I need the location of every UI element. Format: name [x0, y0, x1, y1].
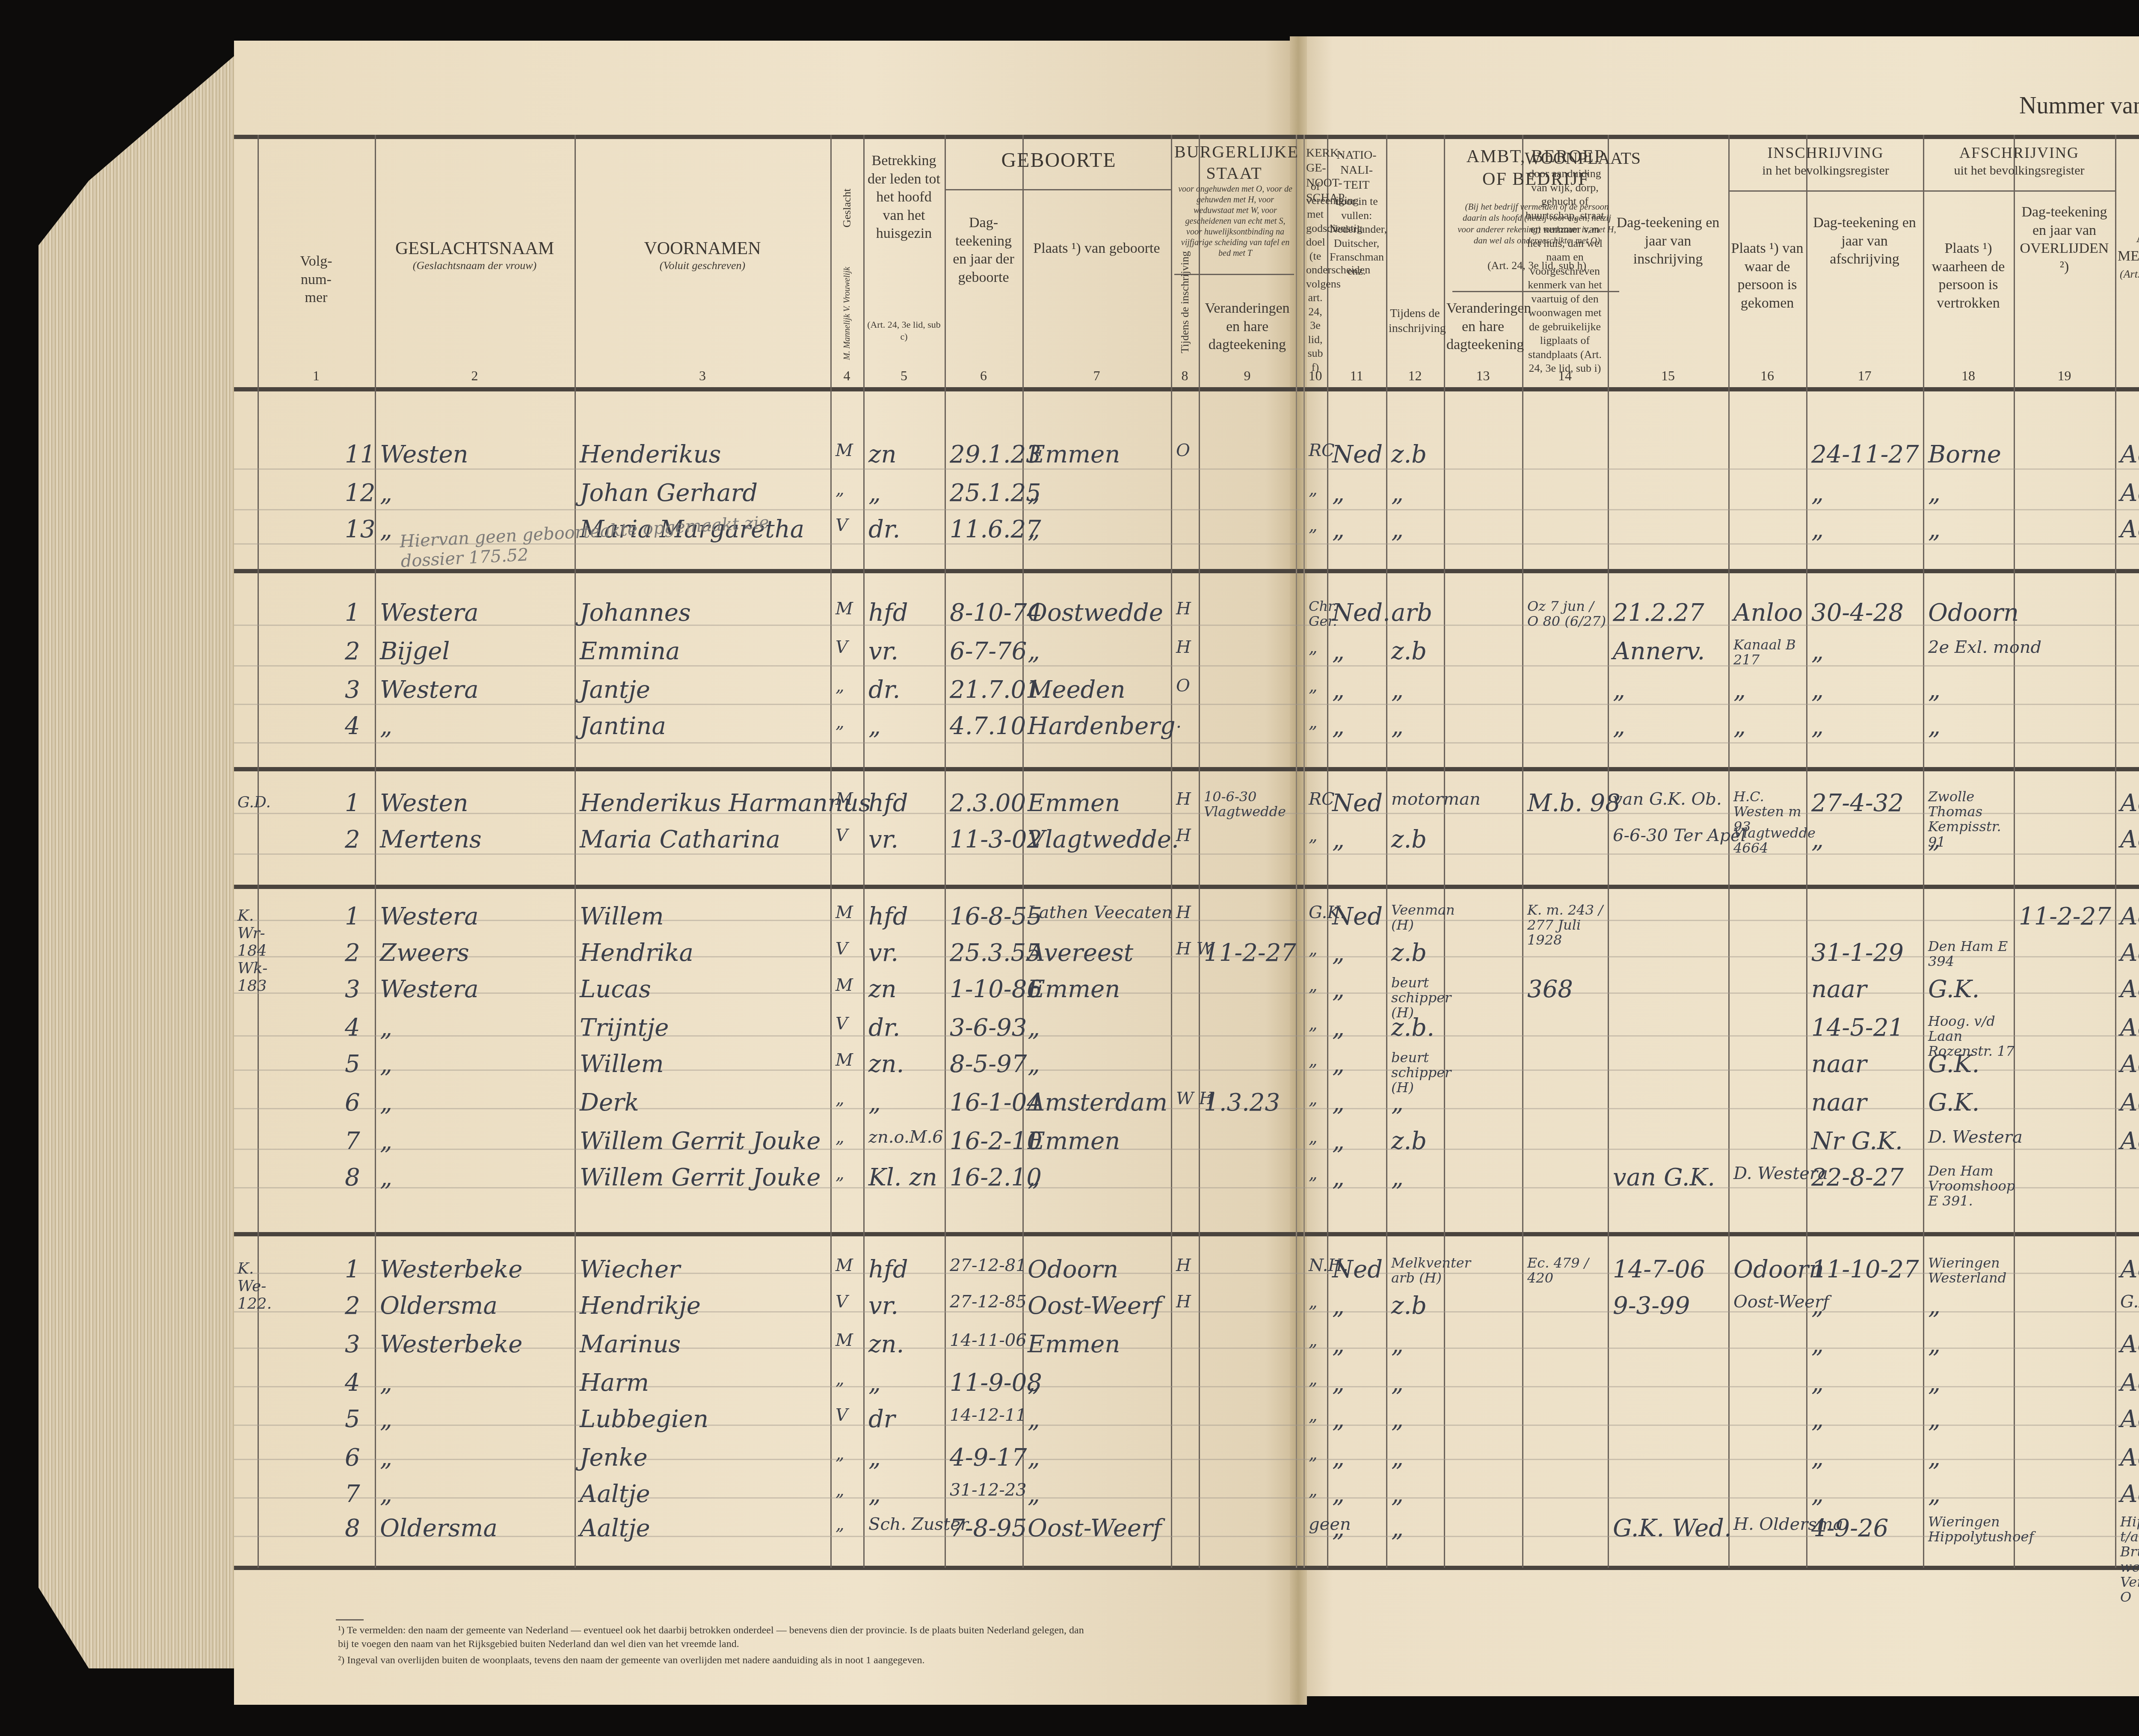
- cell-job: „: [1391, 479, 1404, 507]
- cell-surname: „: [380, 1405, 392, 1433]
- cell-job: „: [1391, 1405, 1404, 1433]
- cell-job: Melkventer arb (H): [1391, 1256, 1445, 1286]
- cell-out-date: „: [1811, 1330, 1824, 1358]
- cell-place: Oost-Weerf: [1028, 1292, 1162, 1320]
- column-rule: [863, 135, 865, 1568]
- cell-sex: „: [835, 1514, 844, 1534]
- inschrijving-sub: in het bevolkingsregister: [1728, 163, 1923, 179]
- cell-nr: 12: [345, 479, 375, 507]
- cell-note: Acc.: [2120, 826, 2139, 853]
- cell-rel: zn.o.M.6: [868, 1127, 943, 1147]
- cell-nat: „: [1332, 1514, 1345, 1542]
- cell-sex: „: [835, 479, 844, 499]
- cell-out-to: „: [1928, 826, 1941, 853]
- afschrijving-sub: uit het bevolkingsregister: [1923, 163, 2115, 179]
- cell-sex: M: [835, 441, 853, 460]
- cell-church: „: [1309, 1292, 1318, 1312]
- ambt-divider: [1452, 291, 1619, 292]
- cell-place: „: [1028, 1405, 1040, 1433]
- cell-given: Jantina: [580, 712, 666, 740]
- cell-church: „: [1309, 939, 1318, 959]
- column-header-subtitle: door in te vullen: Nederlander, Duitsche…: [1330, 195, 1384, 278]
- section-rule-3: [234, 885, 2139, 889]
- cell-sex: V: [835, 1014, 848, 1034]
- cell-place: Emmen: [1028, 975, 1120, 1003]
- footnote-1: ¹) Te vermelden: den naam der gemeente v…: [338, 1623, 1087, 1651]
- cell-note: Acc.: [2120, 1014, 2139, 1042]
- cell-given: Marinus: [580, 1330, 681, 1358]
- cell-born: 14-12-11: [950, 1405, 1027, 1425]
- cell-died: 11-2-27: [2019, 903, 2111, 930]
- cell-rel: vr.: [868, 1292, 898, 1320]
- cell-note: Acc.: [2120, 1127, 2139, 1155]
- cell-nat: „: [1332, 1405, 1345, 1433]
- column-number: 7: [1022, 367, 1171, 384]
- cell-sex: „: [835, 1369, 844, 1389]
- cell-out-date: Nr G.K.: [1811, 1127, 1903, 1155]
- column-number: 18: [1923, 367, 2014, 384]
- cell-given: Johannes: [580, 599, 691, 627]
- column-header-title: Dag-teekening en jaar van inschrijving: [1610, 214, 1726, 269]
- cell-out-to: G.K.: [1928, 1089, 1979, 1117]
- cell-job: „: [1391, 1480, 1404, 1508]
- cell-surname: Bijgel: [380, 637, 450, 665]
- cell-given: Jenke: [580, 1444, 648, 1472]
- cell-out-date: „: [1811, 479, 1824, 507]
- household-margin-note: K. We-122.: [237, 1260, 280, 1312]
- cell-out-date: 30-4-28: [1811, 599, 1904, 627]
- cell-job: „: [1391, 1330, 1404, 1358]
- cell-given: Harm: [580, 1369, 649, 1397]
- cell-place: „: [1028, 1164, 1040, 1191]
- cell-out-date: naar: [1811, 1050, 1867, 1078]
- cell-sex: „: [835, 712, 844, 732]
- column-header-subtitle: (Voluit geschreven): [577, 259, 828, 273]
- cell-place: Amsterdam: [1028, 1089, 1167, 1117]
- cell-surname: „: [380, 1050, 392, 1078]
- cell-surname: „: [380, 1127, 392, 1155]
- cell-note: Acc.: [2120, 1330, 2139, 1358]
- cell-nr: 3: [345, 676, 360, 704]
- cell-church: „: [1309, 515, 1318, 535]
- cell-nr: 2: [345, 1292, 360, 1320]
- cell-given: Wiecher: [580, 1256, 680, 1283]
- cell-nat: „: [1332, 515, 1345, 543]
- cell-rel: Kl. zn: [868, 1164, 937, 1191]
- sheet-number-label: Nummer van het blad: [2019, 92, 2139, 119]
- cell-surname: „: [380, 712, 392, 740]
- cell-place: Emmen: [1028, 1330, 1120, 1358]
- cell-place: Meeden: [1028, 676, 1126, 704]
- cell-note: Acc.: [2120, 939, 2139, 967]
- cell-in-from: Vlagtwedde 4664: [1733, 826, 1807, 856]
- cell-nr: 1: [345, 599, 360, 627]
- cell-place: „: [1028, 515, 1040, 543]
- column-rule: [1608, 135, 1609, 1568]
- cell-rel: hfd: [868, 599, 908, 627]
- cell-out-to: G.K.: [1928, 975, 1979, 1003]
- cell-given: Hendrikje: [580, 1292, 701, 1320]
- column-header-title: Dag-teekening en jaar van OVERLIJDEN ²): [2016, 203, 2112, 276]
- cell-born: 27-12-81: [950, 1256, 1027, 1275]
- cell-surname: „: [380, 479, 392, 507]
- cell-rel: dr.: [868, 515, 900, 543]
- cell-sex: M: [835, 1050, 853, 1070]
- cell-born: 7-8-95: [950, 1514, 1027, 1542]
- cell-address: K. m. 243 / 277 Juli 1928: [1527, 903, 1609, 948]
- cell-surname: „: [380, 1014, 392, 1042]
- cell-nr: 1: [345, 903, 360, 930]
- column-number: 1: [258, 367, 375, 384]
- cell-in-date: van G.K. Ob.: [1613, 789, 1722, 809]
- cell-surname: Westen: [380, 441, 468, 468]
- cell-note: Acc.: [2120, 903, 2139, 930]
- cell-surname: Westera: [380, 676, 479, 704]
- cell-surname: „: [380, 1369, 392, 1397]
- cell-rel: zn: [868, 975, 897, 1003]
- cell-sex: M: [835, 599, 853, 619]
- column-header-title: Volg- num- mer: [260, 252, 372, 307]
- cell-out-to: „: [1928, 479, 1941, 507]
- cell-out-date: „: [1811, 1480, 1824, 1508]
- cell-given: Derk: [580, 1089, 639, 1117]
- column-header-title: Tijdens de inschrijving: [1389, 306, 1441, 336]
- cell-job: „: [1391, 1514, 1404, 1542]
- cell-place: „: [1028, 1050, 1040, 1078]
- cell-church: „: [1309, 637, 1318, 657]
- column-header-title: Plaats ¹) waarheen de persoon is vertrok…: [1926, 240, 2011, 312]
- column-number: 3: [575, 367, 830, 384]
- cell-out-date: „: [1811, 676, 1824, 704]
- cell-surname: Westera: [380, 599, 479, 627]
- cell-nat: „: [1332, 1127, 1345, 1155]
- cell-church: Chr. Ger.: [1309, 599, 1328, 629]
- cell-surname: Oldersma: [380, 1292, 498, 1320]
- cell-in-date: 21.2.27: [1613, 599, 1704, 627]
- cell-out-date: 4-9-26: [1811, 1514, 1888, 1542]
- row-ruling: [234, 1425, 2139, 1426]
- cell-church: „: [1309, 712, 1318, 732]
- column-header-subtitle: of vereeniging met godsdienstig doel (te…: [1306, 180, 1324, 374]
- cell-rel: „: [868, 1444, 881, 1472]
- cell-job: „: [1391, 515, 1404, 543]
- cell-in-from: „: [1733, 712, 1746, 740]
- column-number: 11: [1327, 367, 1386, 384]
- column-rule: [1923, 135, 1924, 1568]
- cell-sex: V: [835, 1292, 848, 1312]
- cell-sex: V: [835, 826, 848, 845]
- cell-sex: V: [835, 515, 848, 535]
- column-header-subtitle: (Art. 24, 3e lid, sub c): [866, 319, 942, 342]
- row-ruling: [234, 1386, 2139, 1387]
- cell-rel: „: [868, 1369, 881, 1397]
- cell-rel: „: [868, 1089, 881, 1117]
- household-margin-note: K. Wr-184 Wk-183: [237, 907, 280, 995]
- cell-note: G.K. Acc: [2120, 1292, 2139, 1312]
- cell-nr: 11: [345, 441, 375, 468]
- cell-given: Henderikus: [580, 441, 721, 468]
- cell-given: Aaltje: [580, 1480, 650, 1508]
- cell-nat: „: [1332, 479, 1345, 507]
- cell-sex: V: [835, 939, 848, 959]
- cell-nat: „: [1332, 1050, 1345, 1078]
- cell-job: z.b: [1391, 637, 1427, 665]
- cell-rel: vr.: [868, 637, 898, 665]
- cell-job: „: [1391, 1444, 1404, 1472]
- cell-church: „: [1309, 975, 1318, 995]
- group-header-inschrijving: INSCHRIJVING: [1728, 143, 1923, 163]
- column-rule: [1304, 135, 1305, 1568]
- cell-in-from: „: [1733, 676, 1746, 704]
- cell-out-date: „: [1811, 515, 1824, 543]
- column-rule: [575, 135, 576, 1568]
- cell-given: Maria Catharina: [580, 826, 780, 853]
- column-header-title: Dag-teekening en jaar der geboorte: [947, 214, 1020, 287]
- column-number: 2: [375, 367, 575, 384]
- row-ruling: [234, 704, 2139, 705]
- row-ruling: [234, 853, 2139, 855]
- column-number: 12: [1386, 367, 1444, 384]
- cell-place: Avereest: [1028, 939, 1133, 967]
- cell-in-from: Anloo: [1733, 599, 1803, 627]
- cell-nat: Ned.: [1332, 599, 1390, 627]
- cell-surname: Westera: [380, 975, 479, 1003]
- section-rule-2: [234, 767, 2139, 771]
- cell-out-to: Borne: [1928, 441, 2001, 468]
- burgerlijke-staat-divider: [1174, 274, 1294, 275]
- cell-out-to: „: [1928, 676, 1941, 704]
- page-stack-left: [39, 51, 240, 1668]
- cell-civ: H: [1176, 599, 1191, 619]
- cell-rel: hfd: [868, 789, 908, 817]
- cell-church: „: [1309, 1330, 1318, 1350]
- column-number: 17: [1806, 367, 1923, 384]
- section-rule-1: [234, 569, 2139, 573]
- cell-rel: zn.: [868, 1050, 904, 1078]
- cell-out-date: „: [1811, 1405, 1824, 1433]
- cell-nat: „: [1332, 1089, 1345, 1117]
- cell-surname: Westera: [380, 903, 479, 930]
- cell-nr: 8: [345, 1164, 360, 1191]
- cell-sex: „: [835, 1480, 844, 1500]
- row-ruling: [234, 742, 2139, 744]
- cell-born: 27-12-85: [950, 1292, 1027, 1312]
- cell-nat: „: [1332, 826, 1345, 853]
- header-top-rule: [234, 135, 2139, 139]
- cell-rel: „: [868, 479, 881, 507]
- cell-note: Acc.: [2120, 1089, 2139, 1117]
- cell-church: „: [1309, 479, 1318, 499]
- section-rule-4: [234, 1232, 2139, 1236]
- cell-born: 31-12-23: [950, 1480, 1027, 1500]
- column-rule: [375, 135, 376, 1568]
- cell-given: Trijntje: [580, 1014, 669, 1042]
- row-ruling: [234, 1497, 2139, 1499]
- cell-rel: dr.: [868, 676, 900, 704]
- cell-in-from: Odoorn: [1733, 1256, 1824, 1283]
- cell-sex: „: [835, 676, 844, 696]
- cell-out-to: „: [1928, 1405, 1941, 1433]
- cell-nr: 4: [345, 1014, 360, 1042]
- cell-nr: 2: [345, 939, 360, 967]
- column-number: 16: [1728, 367, 1806, 384]
- column-number: 5: [863, 367, 945, 384]
- cell-nr: 13: [345, 515, 375, 543]
- column-header-title: AAN-MERKINGEN: [2118, 229, 2139, 265]
- cell-sex: M: [835, 1256, 853, 1275]
- cell-sex: „: [835, 1444, 844, 1463]
- cell-job: z.b: [1391, 939, 1427, 967]
- cell-rel: zn: [868, 441, 897, 468]
- cell-sex: M: [835, 903, 853, 922]
- cell-rel: dr.: [868, 1014, 900, 1042]
- cell-sex: „: [835, 1164, 844, 1183]
- row-ruling: [234, 509, 2139, 510]
- cell-place: Lathen Veecaten: [1028, 903, 1173, 922]
- ambt-art: (Art. 24, 3e lid, sub h): [1455, 259, 1619, 273]
- cell-given: Willem: [580, 903, 664, 930]
- ambt-note: (Bij het bedrijf vermelden of de persoon…: [1455, 201, 1619, 246]
- cell-out-date: 24-11-27: [1811, 441, 1919, 468]
- cell-church: RC: [1309, 441, 1335, 460]
- cell-nat: „: [1332, 975, 1345, 1003]
- cell-given: Jantje: [580, 676, 650, 704]
- cell-in-date: 14-7-06: [1613, 1256, 1705, 1283]
- cell-civ: .: [1176, 712, 1182, 732]
- cell-born: 6-7-76: [950, 637, 1027, 665]
- cell-job: „: [1391, 1164, 1404, 1191]
- cell-church: „: [1309, 1089, 1318, 1108]
- cell-church: „: [1309, 676, 1318, 696]
- cell-in-date: Annerv.: [1613, 637, 1705, 665]
- column-header-title: Plaats ¹) van geboorte: [1025, 240, 1168, 258]
- cell-out-date: 31-1-29: [1811, 939, 1904, 967]
- right-page: [1301, 36, 2139, 1696]
- column-rule: [1444, 135, 1445, 1568]
- cell-note: Acc: [2120, 441, 2139, 468]
- cell-job: Veenman (H): [1391, 903, 1445, 933]
- cell-out-date: „: [1811, 1292, 1824, 1320]
- footnote-divider: [336, 1619, 364, 1620]
- header-bottom-rule: [234, 387, 2139, 391]
- cell-born: 4-9-17: [950, 1444, 1027, 1472]
- cell-nr: 5: [345, 1050, 360, 1078]
- cell-civ: O: [1176, 676, 1190, 696]
- cell-note: Acc: [2120, 1256, 2139, 1283]
- group-header-burgerlijke-staat: BURGERLIJKE STAAT: [1174, 141, 1294, 184]
- column-header-subtitle: (Art. 24, 5e lid): [2118, 267, 2139, 281]
- cell-nat: „: [1332, 1330, 1345, 1358]
- cell-surname: Zweers: [380, 939, 469, 967]
- cell-out-date: „: [1811, 826, 1824, 853]
- cell-note: Hippolytushoef t/a J. Bruin wed. Vermani…: [2120, 1514, 2139, 1605]
- column-header-title: VOORNAMEN: [577, 237, 828, 260]
- cell-place: Odoorn: [1028, 1256, 1118, 1283]
- cell-address: Oz 7 jun / O 80 (6/27): [1527, 599, 1609, 629]
- column-header-title: NATIO-NALI-TEIT: [1330, 148, 1384, 193]
- cell-rel: „: [868, 712, 881, 740]
- cell-civ-change: 1.3.23: [1204, 1089, 1280, 1117]
- column-number: 6: [945, 367, 1022, 384]
- cell-out-date: naar: [1811, 975, 1867, 1003]
- column-rule: [1296, 135, 1297, 1568]
- cell-nat: „: [1332, 637, 1345, 665]
- cell-place: Emmen: [1028, 1127, 1120, 1155]
- cell-given: Hendrika: [580, 939, 693, 967]
- cell-church: „: [1309, 1480, 1318, 1500]
- column-rule: [1327, 135, 1328, 1568]
- cell-place: Hardenberg: [1028, 712, 1176, 740]
- cell-place: „: [1028, 479, 1040, 507]
- cell-nat: Ned: [1332, 903, 1383, 930]
- cell-note: Acc: [2120, 1405, 2139, 1433]
- cell-nr: 3: [345, 1330, 360, 1358]
- cell-surname: Westen: [380, 789, 468, 817]
- column-header-title: Dag-teekening en jaar van afschrijving: [1809, 214, 1920, 269]
- cell-rel: zn.: [868, 1330, 904, 1358]
- cell-place: Vlagtwedde.: [1028, 826, 1179, 853]
- cell-out-to: Den Ham Vroomshoop E 391.: [1928, 1164, 2015, 1209]
- cell-surname: „: [380, 1444, 392, 1472]
- cell-out-date: 11-10-27: [1811, 1256, 1919, 1283]
- cell-place: „: [1028, 1444, 1040, 1472]
- column-header-subtitle: (Geslachtsnaam der vrouw): [377, 259, 572, 273]
- cell-address: M.b. 98: [1527, 789, 1621, 817]
- cell-job: „: [1391, 1089, 1404, 1117]
- cell-in-date: „: [1613, 712, 1625, 740]
- cell-civ: H: [1176, 1292, 1191, 1312]
- cell-out-to: „: [1928, 1292, 1941, 1320]
- cell-nr: 1: [345, 789, 360, 817]
- cell-surname: Westerbeke: [380, 1256, 522, 1283]
- cell-nat: Ned: [1332, 441, 1383, 468]
- cell-civ: H: [1176, 789, 1191, 809]
- cell-church: „: [1309, 1444, 1318, 1463]
- cell-born: 8-5-97: [950, 1050, 1027, 1078]
- cell-nat: „: [1332, 1369, 1345, 1397]
- cell-surname: Westerbeke: [380, 1330, 522, 1358]
- cell-given: Willem: [580, 1050, 664, 1078]
- cell-sex: M: [835, 975, 853, 995]
- row-ruling: [234, 468, 2139, 470]
- cell-civ: H: [1176, 826, 1191, 845]
- cell-job: z.b.: [1391, 1014, 1434, 1042]
- cell-nr: 5: [345, 1405, 360, 1433]
- cell-place: Oostwedde: [1028, 599, 1163, 627]
- column-rule: [1728, 135, 1730, 1568]
- cell-church: „: [1309, 826, 1318, 845]
- cell-given: Emmina: [580, 637, 680, 665]
- column-number: 15: [1608, 367, 1728, 384]
- cell-born: 3-6-93: [950, 1014, 1027, 1042]
- cell-nr: 6: [345, 1444, 360, 1472]
- cell-out-date: „: [1811, 637, 1824, 665]
- cell-church: „: [1309, 1127, 1318, 1147]
- cell-nat: Ned: [1332, 789, 1383, 817]
- cell-address: 368: [1527, 975, 1573, 1003]
- left-page: [234, 41, 1297, 1705]
- cell-out-date: naar: [1811, 1089, 1867, 1117]
- cell-nat: „: [1332, 676, 1345, 704]
- cell-rel: hfd: [868, 903, 908, 930]
- cell-in-date: van G.K.: [1613, 1164, 1715, 1191]
- cell-rel: vr.: [868, 939, 898, 967]
- cell-place: „: [1028, 637, 1040, 665]
- group-header-ambt: AMBT, BEROEP OF BEDRIJF: [1452, 145, 1619, 190]
- group-header-geboorte: GEBOORTE: [945, 148, 1172, 173]
- group-header-afschrijving: AFSCHRIJVING: [1923, 143, 2115, 163]
- column-number: 9: [1199, 367, 1296, 384]
